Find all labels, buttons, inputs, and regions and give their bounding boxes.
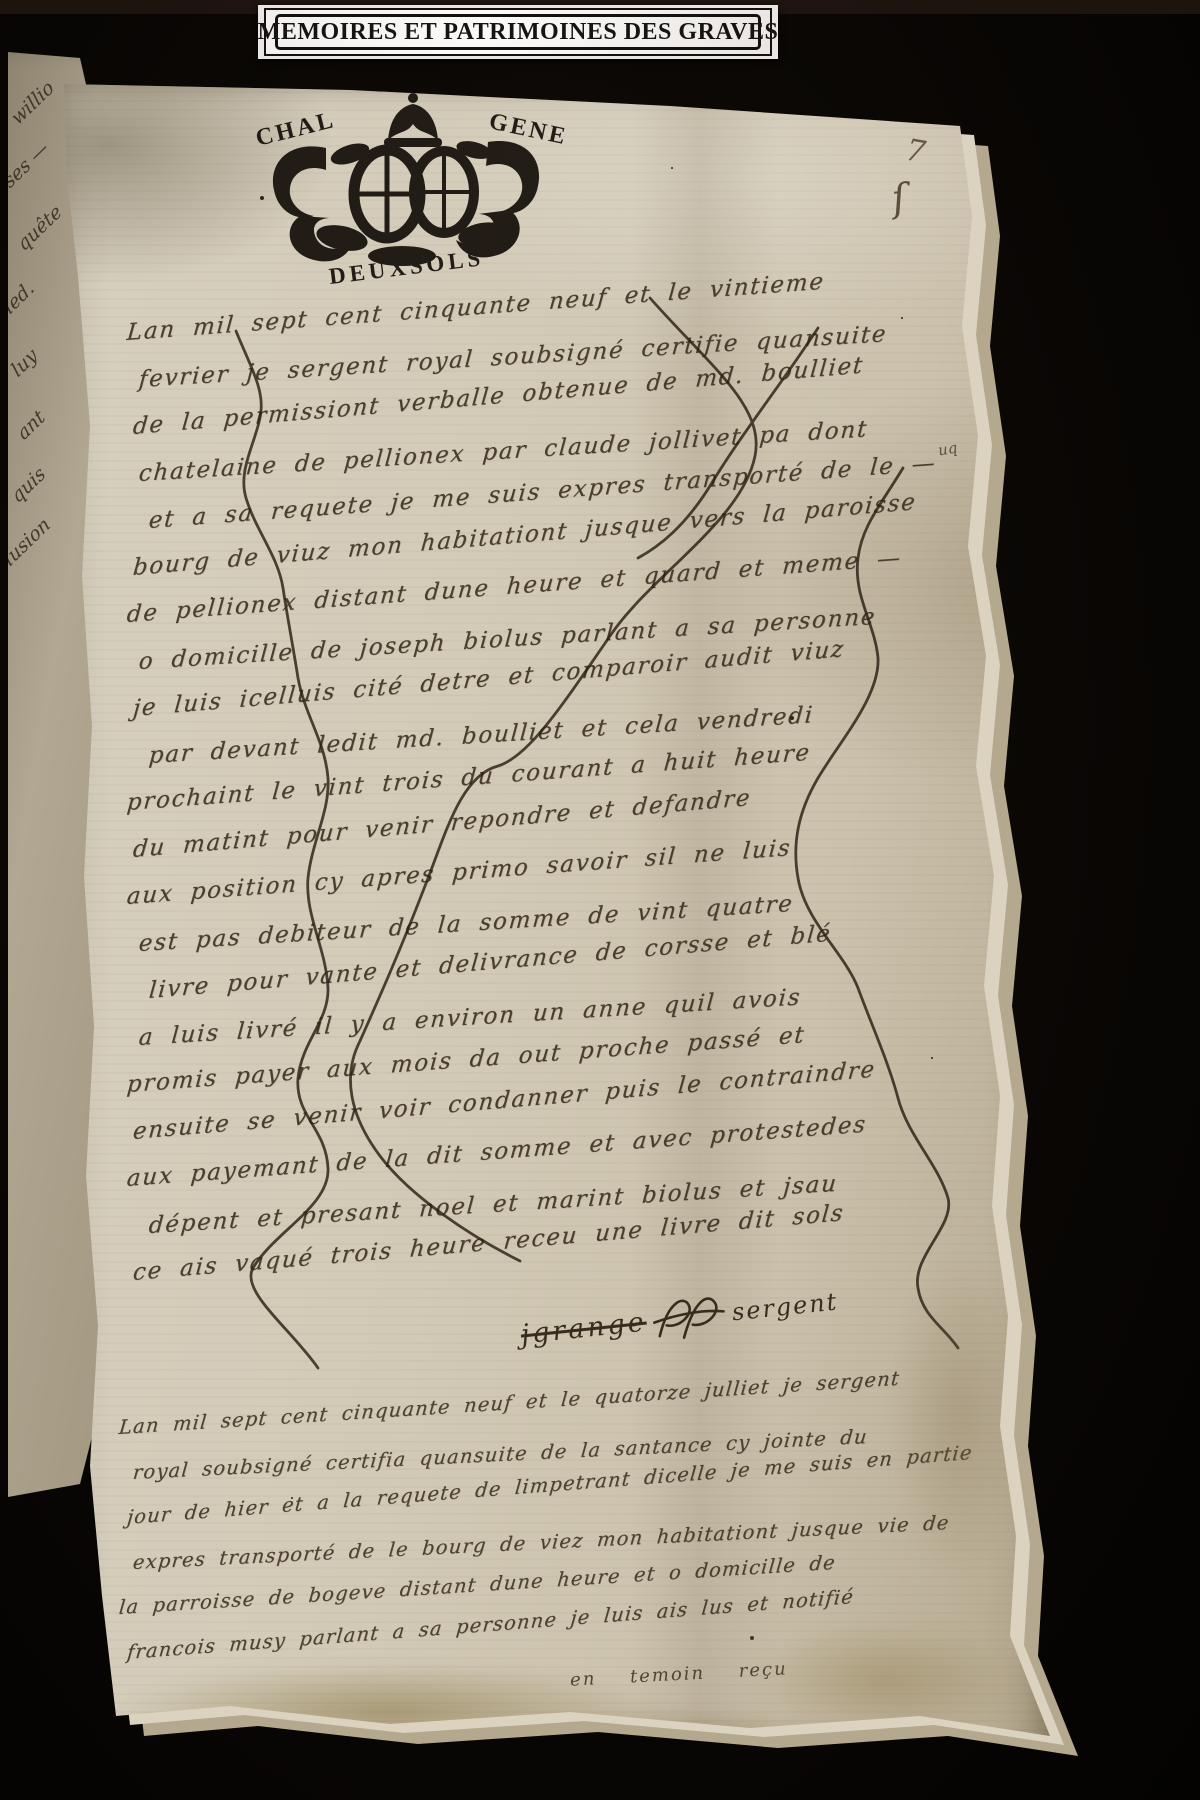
word-fragment: luy bbox=[7, 322, 64, 381]
word-fragment: quête bbox=[13, 200, 66, 255]
word-fragment: ses — bbox=[0, 128, 62, 193]
signature-flourish bbox=[650, 1289, 729, 1344]
photograph-of-manuscript: willioses —quêteled.luyantquislusion bbox=[0, 0, 1200, 1800]
plaque-inner-frame: MEMOIRES ET PATRIMOINES DES GRAVES bbox=[275, 14, 761, 50]
word-fragment: lusion bbox=[0, 506, 62, 571]
fiscal-ink-stamp: CHAL GENE DEUXSOLS bbox=[230, 86, 570, 291]
word-fragment: led. bbox=[0, 254, 62, 319]
stamp-left-text: CHAL bbox=[253, 107, 338, 152]
handwritten-paragraph-1: Lan mil sept cent cinquante neuf et le v… bbox=[126, 320, 986, 1307]
museum-label-plaque: MEMOIRES ET PATRIMOINES DES GRAVES bbox=[258, 5, 778, 59]
plaque-outer-frame: MEMOIRES ET PATRIMOINES DES GRAVES bbox=[264, 8, 772, 56]
signature-title: sergent bbox=[731, 1287, 840, 1326]
word-fragment: willio bbox=[7, 70, 64, 129]
manuscript-page: CHAL GENE DEUXSOLS 7 ſ uq Lan mil sept c… bbox=[50, 76, 1050, 1776]
left-page-word-fragments: willioses —quêteled.luyantquislusion bbox=[14, 110, 75, 614]
word-fragment: quis bbox=[7, 448, 64, 507]
word-fragment: ant bbox=[13, 389, 66, 444]
struck-signature: jgrange bbox=[519, 1306, 648, 1350]
plaque-title: MEMOIRES ET PATRIMOINES DES GRAVES bbox=[258, 19, 779, 46]
stamp-shields bbox=[354, 150, 474, 238]
